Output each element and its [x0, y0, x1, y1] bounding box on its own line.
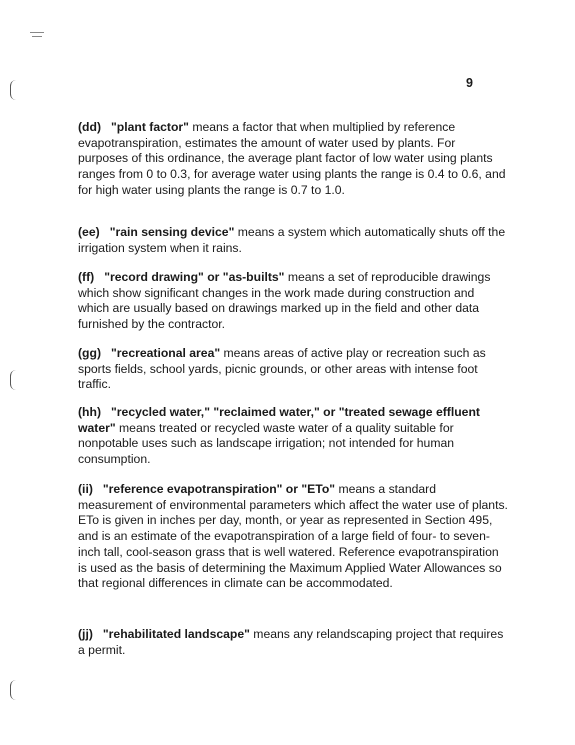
definition-term: "recreational area" — [111, 346, 220, 360]
definition-jj: (jj)"rehabilitated landscape" means any … — [78, 627, 508, 658]
definition-text: means a standard measurement of environm… — [78, 482, 508, 590]
definition-ff: (ff)"record drawing" or "as-builts" mean… — [78, 270, 508, 333]
definition-ee: (ee)"rain sensing device" means a system… — [78, 225, 508, 256]
definition-label: (gg) — [78, 346, 101, 360]
binding-hole-mark — [10, 370, 16, 390]
definition-label: (ff) — [78, 270, 94, 284]
definition-term: "rain sensing device" — [110, 225, 235, 239]
definition-term: "record drawing" or "as-builts" — [104, 270, 284, 284]
binding-hole-mark — [10, 80, 16, 100]
definition-label: (dd) — [78, 120, 101, 134]
definition-gg: (gg)"recreational area" means areas of a… — [78, 346, 508, 393]
definition-label: (jj) — [78, 627, 93, 641]
definition-ii: (ii)"reference evapotranspiration" or "E… — [78, 482, 508, 592]
definition-term: "rehabilitated landscape" — [103, 627, 250, 641]
definition-term: "reference evapotranspiration" or "ETo" — [103, 482, 335, 496]
definition-dd: (dd)"plant factor" means a factor that w… — [78, 120, 508, 199]
definition-term: "plant factor" — [111, 120, 189, 134]
definition-label: (hh) — [78, 405, 101, 419]
definition-label: (ii) — [78, 482, 93, 496]
definition-hh: (hh)"recycled water," "reclaimed water,"… — [78, 405, 508, 468]
definition-text: means treated or recycled waste water of… — [78, 421, 454, 466]
scan-artifact — [30, 32, 44, 33]
binding-hole-mark — [10, 680, 16, 700]
page-number: 9 — [466, 76, 473, 90]
scan-artifact — [32, 36, 42, 37]
definition-label: (ee) — [78, 225, 100, 239]
